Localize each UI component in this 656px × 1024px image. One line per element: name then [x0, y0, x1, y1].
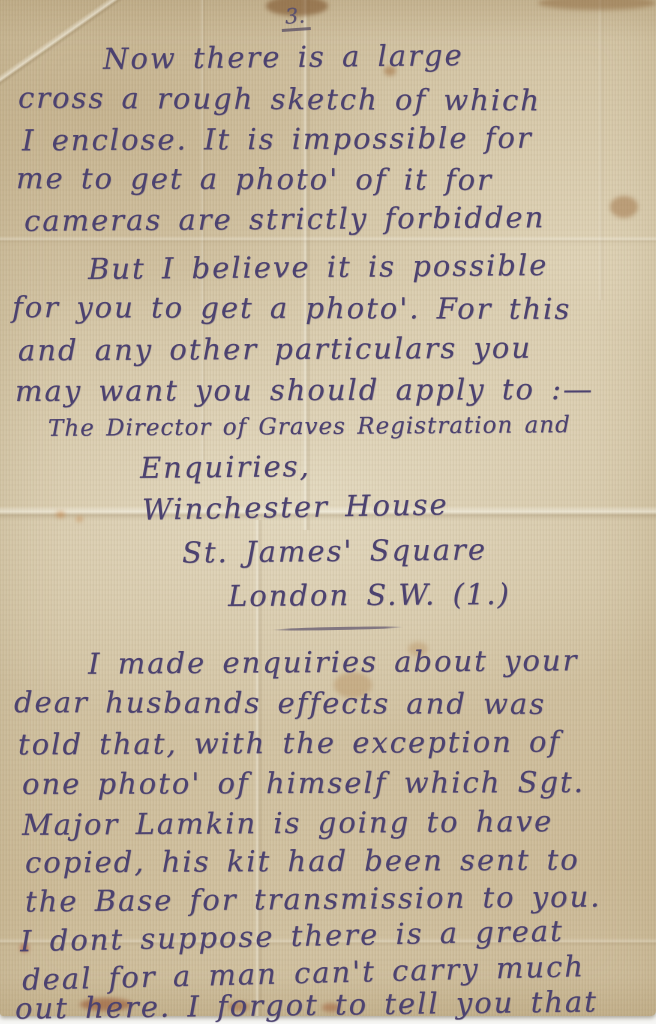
stain-spot — [610, 196, 638, 218]
letter-line: for you to get a photo'. For this — [12, 290, 571, 326]
vertical-fold-crease — [598, 0, 604, 300]
letter-line-address: London S.W. (1.) — [228, 577, 511, 613]
letter-line: cameras are strictly forbidden — [24, 200, 546, 238]
page-number: 3. — [280, 3, 311, 32]
letter-line-address: Enquiries, — [140, 449, 311, 485]
letter-line: out here. I forgot to tell you that — [15, 984, 598, 1024]
letter-line: me to get a photo' of it for — [16, 161, 493, 197]
letter-line: Major Lamkin is going to have — [22, 804, 554, 842]
letter-line: I made enquiries about your — [88, 643, 579, 680]
letter-line: may want you should apply to :— — [15, 372, 594, 408]
letter-line-address: Winchester House — [142, 487, 449, 526]
letter-line: cross a rough sketch of which — [18, 81, 541, 118]
letter-line: and any other particulars you — [18, 331, 532, 368]
letter-line: But I believe it is possible — [88, 248, 549, 286]
letter-line-address: St. James' Square — [182, 532, 487, 569]
section-divider — [272, 626, 404, 632]
letter-page: 3. Now there is a large cross a rough sk… — [0, 0, 656, 1016]
letter-line: one photo' of himself which Sgt. — [22, 765, 585, 801]
stain-spot — [538, 0, 656, 10]
letter-line: Now there is a large — [103, 38, 464, 76]
letter-line: copied, his kit had been sent to — [25, 843, 580, 880]
stain-spot — [56, 511, 65, 518]
letter-line: told that, with the exception of — [18, 725, 561, 762]
letter-line: dear husbands effects and was — [14, 685, 546, 721]
letter-line: I enclose. It is impossible for — [22, 121, 533, 158]
letter-line: the Base for transmission to you. — [25, 879, 602, 918]
stain-spot — [76, 516, 83, 522]
letter-line-address: The Director of Graves Registration and — [48, 412, 571, 442]
